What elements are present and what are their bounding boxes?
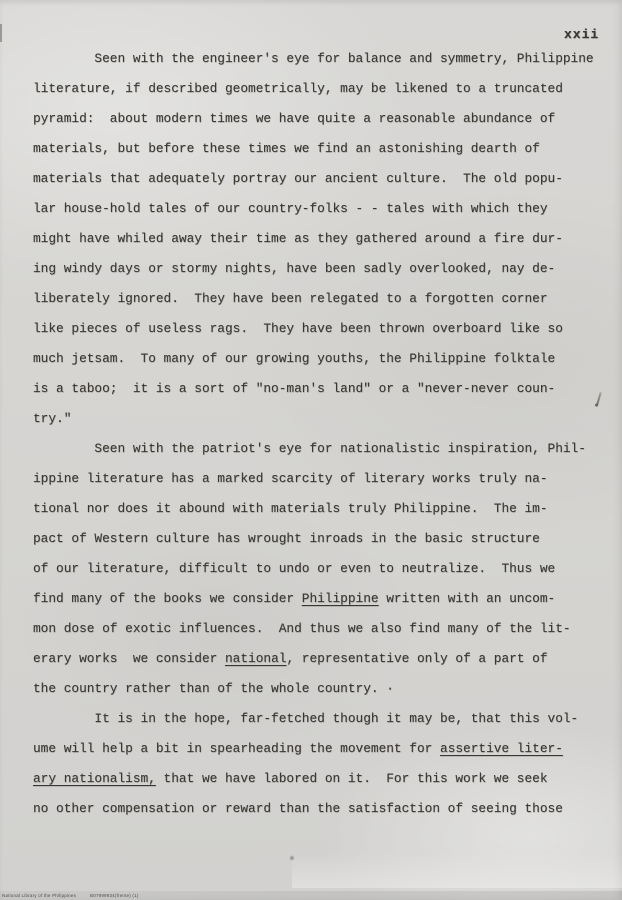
text-line: literature, if described geometrically, … [33,74,608,104]
text-line: ary nationalism, that we have labored on… [33,764,608,794]
text-line: materials that adequately portray our an… [33,164,608,194]
text-line: like pieces of useless rags. They have b… [33,314,608,344]
text-line: Seen with the patriot's eye for national… [33,434,608,464]
underlined-text: assertive liter- [440,741,563,756]
text-line: is a taboo; it is a sort of "no-man's la… [33,374,608,404]
text-line: mon dose of exotic influences. And thus … [33,614,608,644]
text-line: no other compensation or reward than the… [33,794,608,824]
scan-light-band [292,852,622,888]
text-line: the country rather than of the whole cou… [33,674,608,704]
text-line: try." [33,404,608,434]
text-line: much jetsam. To many of our growing yout… [33,344,608,374]
typewritten-text: Seen with the engineer's eye for balance… [33,44,608,824]
page-number: xxii [564,27,599,42]
scan-edge-artifact [0,24,2,42]
text-line: might have whiled away their time as the… [33,224,608,254]
text-line: ume will help a bit in spearheading the … [33,734,608,764]
text-line: Seen with the engineer's eye for balance… [33,44,608,74]
library-name: National Library of the Philippines [2,893,76,898]
text-line: liberately ignored. They have been releg… [33,284,608,314]
text-line: materials, but before these times we fin… [33,134,608,164]
text-line: find many of the books we consider Phili… [33,584,608,614]
stray-ink-dot [290,856,294,860]
text-line: lar house-hold tales of our country-folk… [33,194,608,224]
digitization-footer: National Library of the PhilippinesB0799… [2,893,139,898]
text-line: ippine literature has a marked scarcity … [33,464,608,494]
underlined-text: national [225,651,286,666]
underlined-text: ary nationalism, [33,771,156,786]
text-line: of our literature, difficult to undo or … [33,554,608,584]
text-line: pact of Western culture has wrought inro… [33,524,608,554]
scanned-document-page: xxii Seen with the engineer's eye for ba… [0,0,622,900]
text-line: tional nor does it abound with materials… [33,494,608,524]
text-line: erary works we consider national, repres… [33,644,608,674]
text-line: pyramid: about modern times we have quit… [33,104,608,134]
text-line: ing windy days or stormy nights, have be… [33,254,608,284]
scan-code: B07999934(frente) (1) [90,893,138,898]
underlined-text: Philippine [302,591,379,606]
text-line: It is in the hope, far-fetched though it… [33,704,608,734]
